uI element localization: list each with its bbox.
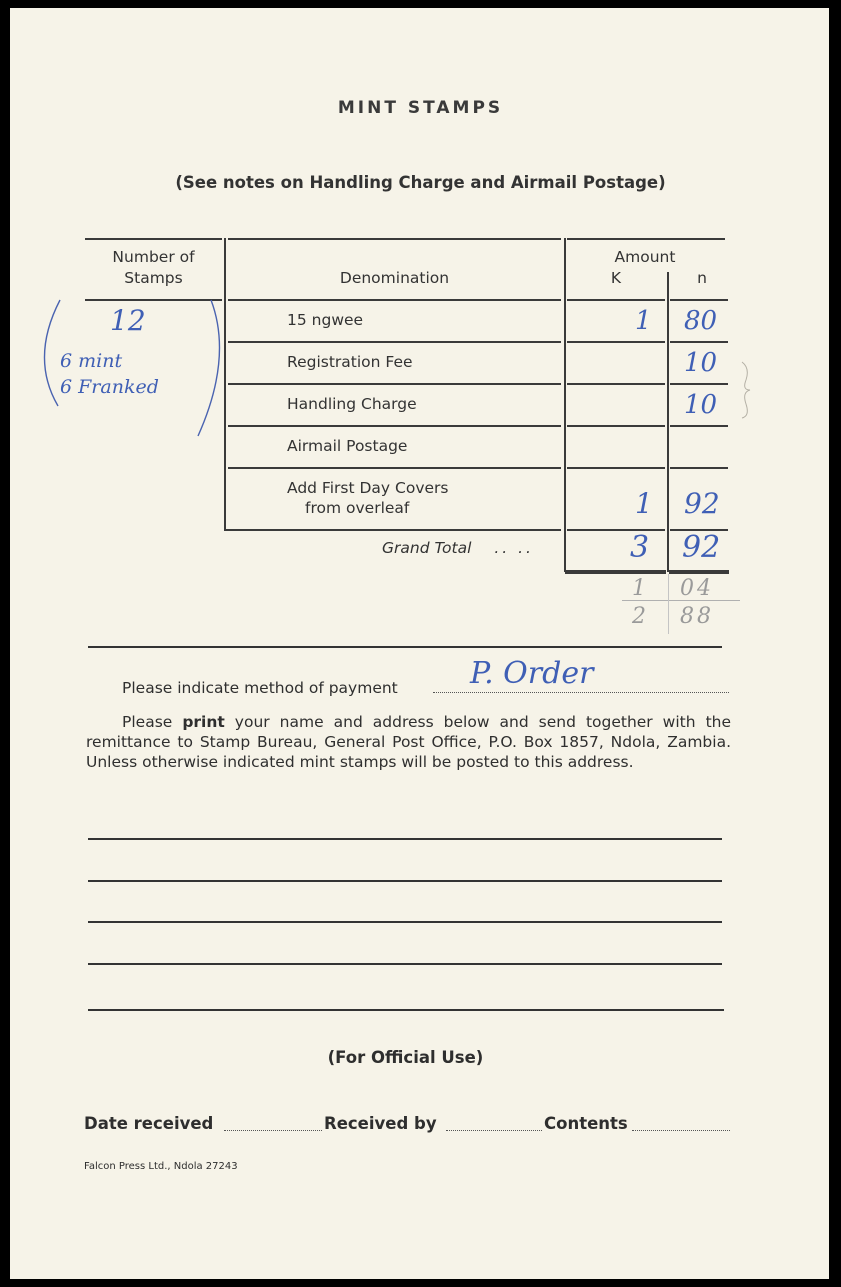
column-divider	[564, 238, 566, 572]
date-received-field[interactable]	[224, 1130, 322, 1131]
grand-total-ngwee[interactable]: 92	[682, 530, 720, 565]
pencil-calc-kwacha: 1	[632, 576, 646, 601]
amount-kwacha-value[interactable]: 1	[635, 306, 652, 336]
amount-ngwee-value[interactable]: 92	[684, 487, 720, 520]
amount-ngwee-value[interactable]: 10	[684, 348, 717, 378]
form-page	[10, 8, 829, 1279]
grand-total-label: Grand Total .. ..	[382, 539, 534, 557]
payment-method-label: Please indicate method of payment	[122, 678, 398, 698]
amount-ngwee-value[interactable]: 10	[684, 390, 717, 420]
header-kwacha: K	[606, 268, 626, 289]
table-row-denomination: Handling Charge	[287, 395, 417, 413]
table-row-denomination: Airmail Postage	[287, 437, 407, 455]
instructions-paragraph: Please print your name and address below…	[86, 712, 731, 772]
address-line[interactable]	[88, 921, 722, 923]
form-subtitle: (See notes on Handling Charge and Airmai…	[0, 173, 841, 192]
amount-kwacha-value[interactable]: 1	[635, 487, 653, 520]
contents-field[interactable]	[632, 1130, 730, 1131]
payment-method-field[interactable]	[433, 692, 729, 693]
pencil-calc-kwacha: 2	[632, 604, 646, 629]
pencil-calc-ngwee: 88	[680, 604, 714, 629]
address-line[interactable]	[88, 963, 722, 965]
header-ngwee: n	[692, 268, 712, 289]
pencil-brace-icon	[738, 360, 758, 420]
received-by-field[interactable]	[446, 1130, 542, 1131]
header-number-of-stamps: Number of Stamps	[85, 247, 222, 289]
payment-method-value[interactable]: P. Order	[470, 656, 593, 691]
header-denomination: Denomination	[228, 268, 561, 289]
handwritten-annotation: 6 mint 6 Franked	[60, 348, 159, 400]
grand-total-kwacha[interactable]: 3	[630, 530, 649, 565]
contents-label: Contents	[544, 1114, 628, 1133]
table-row-denomination: 15 ngwee	[287, 311, 363, 329]
amount-ngwee-value[interactable]: 80	[684, 306, 717, 336]
pencil-calc-divider	[668, 574, 669, 634]
table-row-denomination: Add First Day Covers from overleaf	[287, 478, 448, 518]
address-line[interactable]	[88, 838, 722, 840]
address-line[interactable]	[88, 1009, 724, 1011]
address-line[interactable]	[88, 880, 722, 882]
received-by-label: Received by	[324, 1114, 437, 1133]
table-row-denomination: Registration Fee	[287, 353, 413, 371]
pencil-calc-ngwee: 04	[680, 576, 714, 601]
pencil-calc-rule	[622, 600, 740, 601]
form-title: MINT STAMPS	[0, 98, 841, 118]
date-received-label: Date received	[84, 1114, 213, 1133]
column-divider	[667, 272, 669, 572]
section-divider	[88, 646, 722, 648]
official-use-heading: (For Official Use)	[0, 1048, 811, 1067]
printer-imprint: Falcon Press Ltd., Ndola 27243	[84, 1161, 238, 1172]
header-amount: Amount	[600, 247, 690, 268]
